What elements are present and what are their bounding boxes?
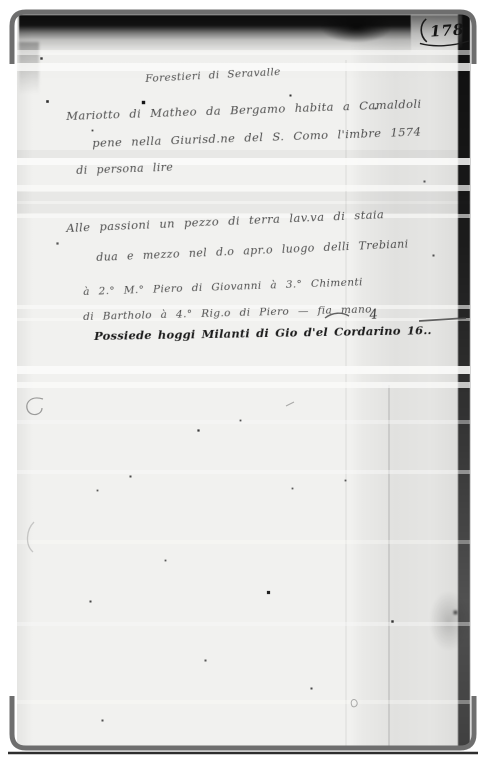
marginal-sum: 4 bbox=[369, 307, 379, 323]
scanner-streak bbox=[17, 420, 470, 424]
scanner-streak bbox=[17, 382, 470, 388]
scanner-streak bbox=[17, 700, 470, 704]
scan-dark-edge-top-right bbox=[411, 15, 462, 49]
manuscript-scan-page: Forestieri di Seravalle Mariotto di Math… bbox=[0, 0, 484, 760]
scanner-streak bbox=[17, 185, 470, 191]
scanner-streak bbox=[17, 540, 470, 544]
scanner-streak bbox=[17, 470, 470, 474]
scan-shade-band bbox=[17, 150, 470, 158]
scanner-streak bbox=[17, 366, 470, 374]
scanner-streak bbox=[17, 622, 470, 626]
paper-smudge bbox=[420, 585, 468, 675]
paper-crease-line bbox=[388, 385, 390, 748]
paper-specks bbox=[0, 0, 1, 1]
scan-shade-band bbox=[17, 204, 470, 213]
scan-shade-band bbox=[17, 192, 470, 201]
scanner-streak bbox=[17, 50, 470, 55]
scan-dark-edge-top bbox=[19, 15, 411, 53]
